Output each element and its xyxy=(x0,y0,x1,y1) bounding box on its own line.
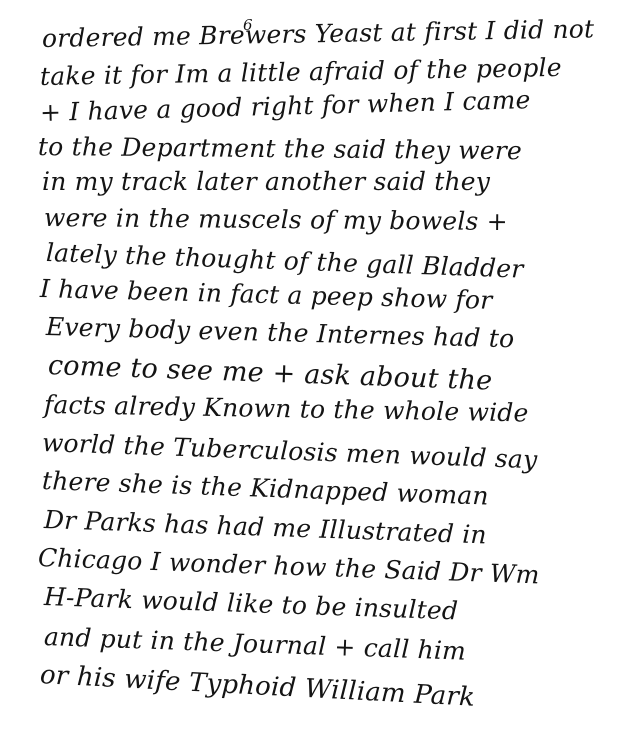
letter-line: Dr Parks has had me Illustrated in xyxy=(43,505,487,549)
letter-line: Chicago I wonder how the Said Dr Wm xyxy=(37,543,540,589)
letter-line: facts alredy Known to the whole wide xyxy=(44,390,529,427)
letter-line: there she is the Kidnapped woman xyxy=(41,466,489,511)
letter-line: Every body even the Internes had to xyxy=(46,312,515,353)
letter-line: take it for Im a little afraid of the pe… xyxy=(40,53,562,91)
letter-line: + I have a good right for when I came xyxy=(40,85,531,127)
letter-line: H-Park would like to be insulted xyxy=(43,582,458,625)
letter-line: world the Tuberculosis men would say xyxy=(41,428,537,474)
letter-line: ordered me Brewers Yeast at first I did … xyxy=(42,14,595,53)
letter-line: were in the muscels of my bowels + xyxy=(44,203,508,236)
letter-line: come to see me + ask about the xyxy=(47,350,492,396)
letter-line: to the Department the said they were xyxy=(38,132,522,165)
letter-line: in my track later another said they xyxy=(42,167,490,196)
letter-line: and put in the Journal + call him xyxy=(43,622,466,666)
letter-line: or his wife Typhoid William Park xyxy=(39,660,475,713)
handwritten-letter-page: 6 ordered me Brewers Yeast at first I di… xyxy=(0,0,623,737)
